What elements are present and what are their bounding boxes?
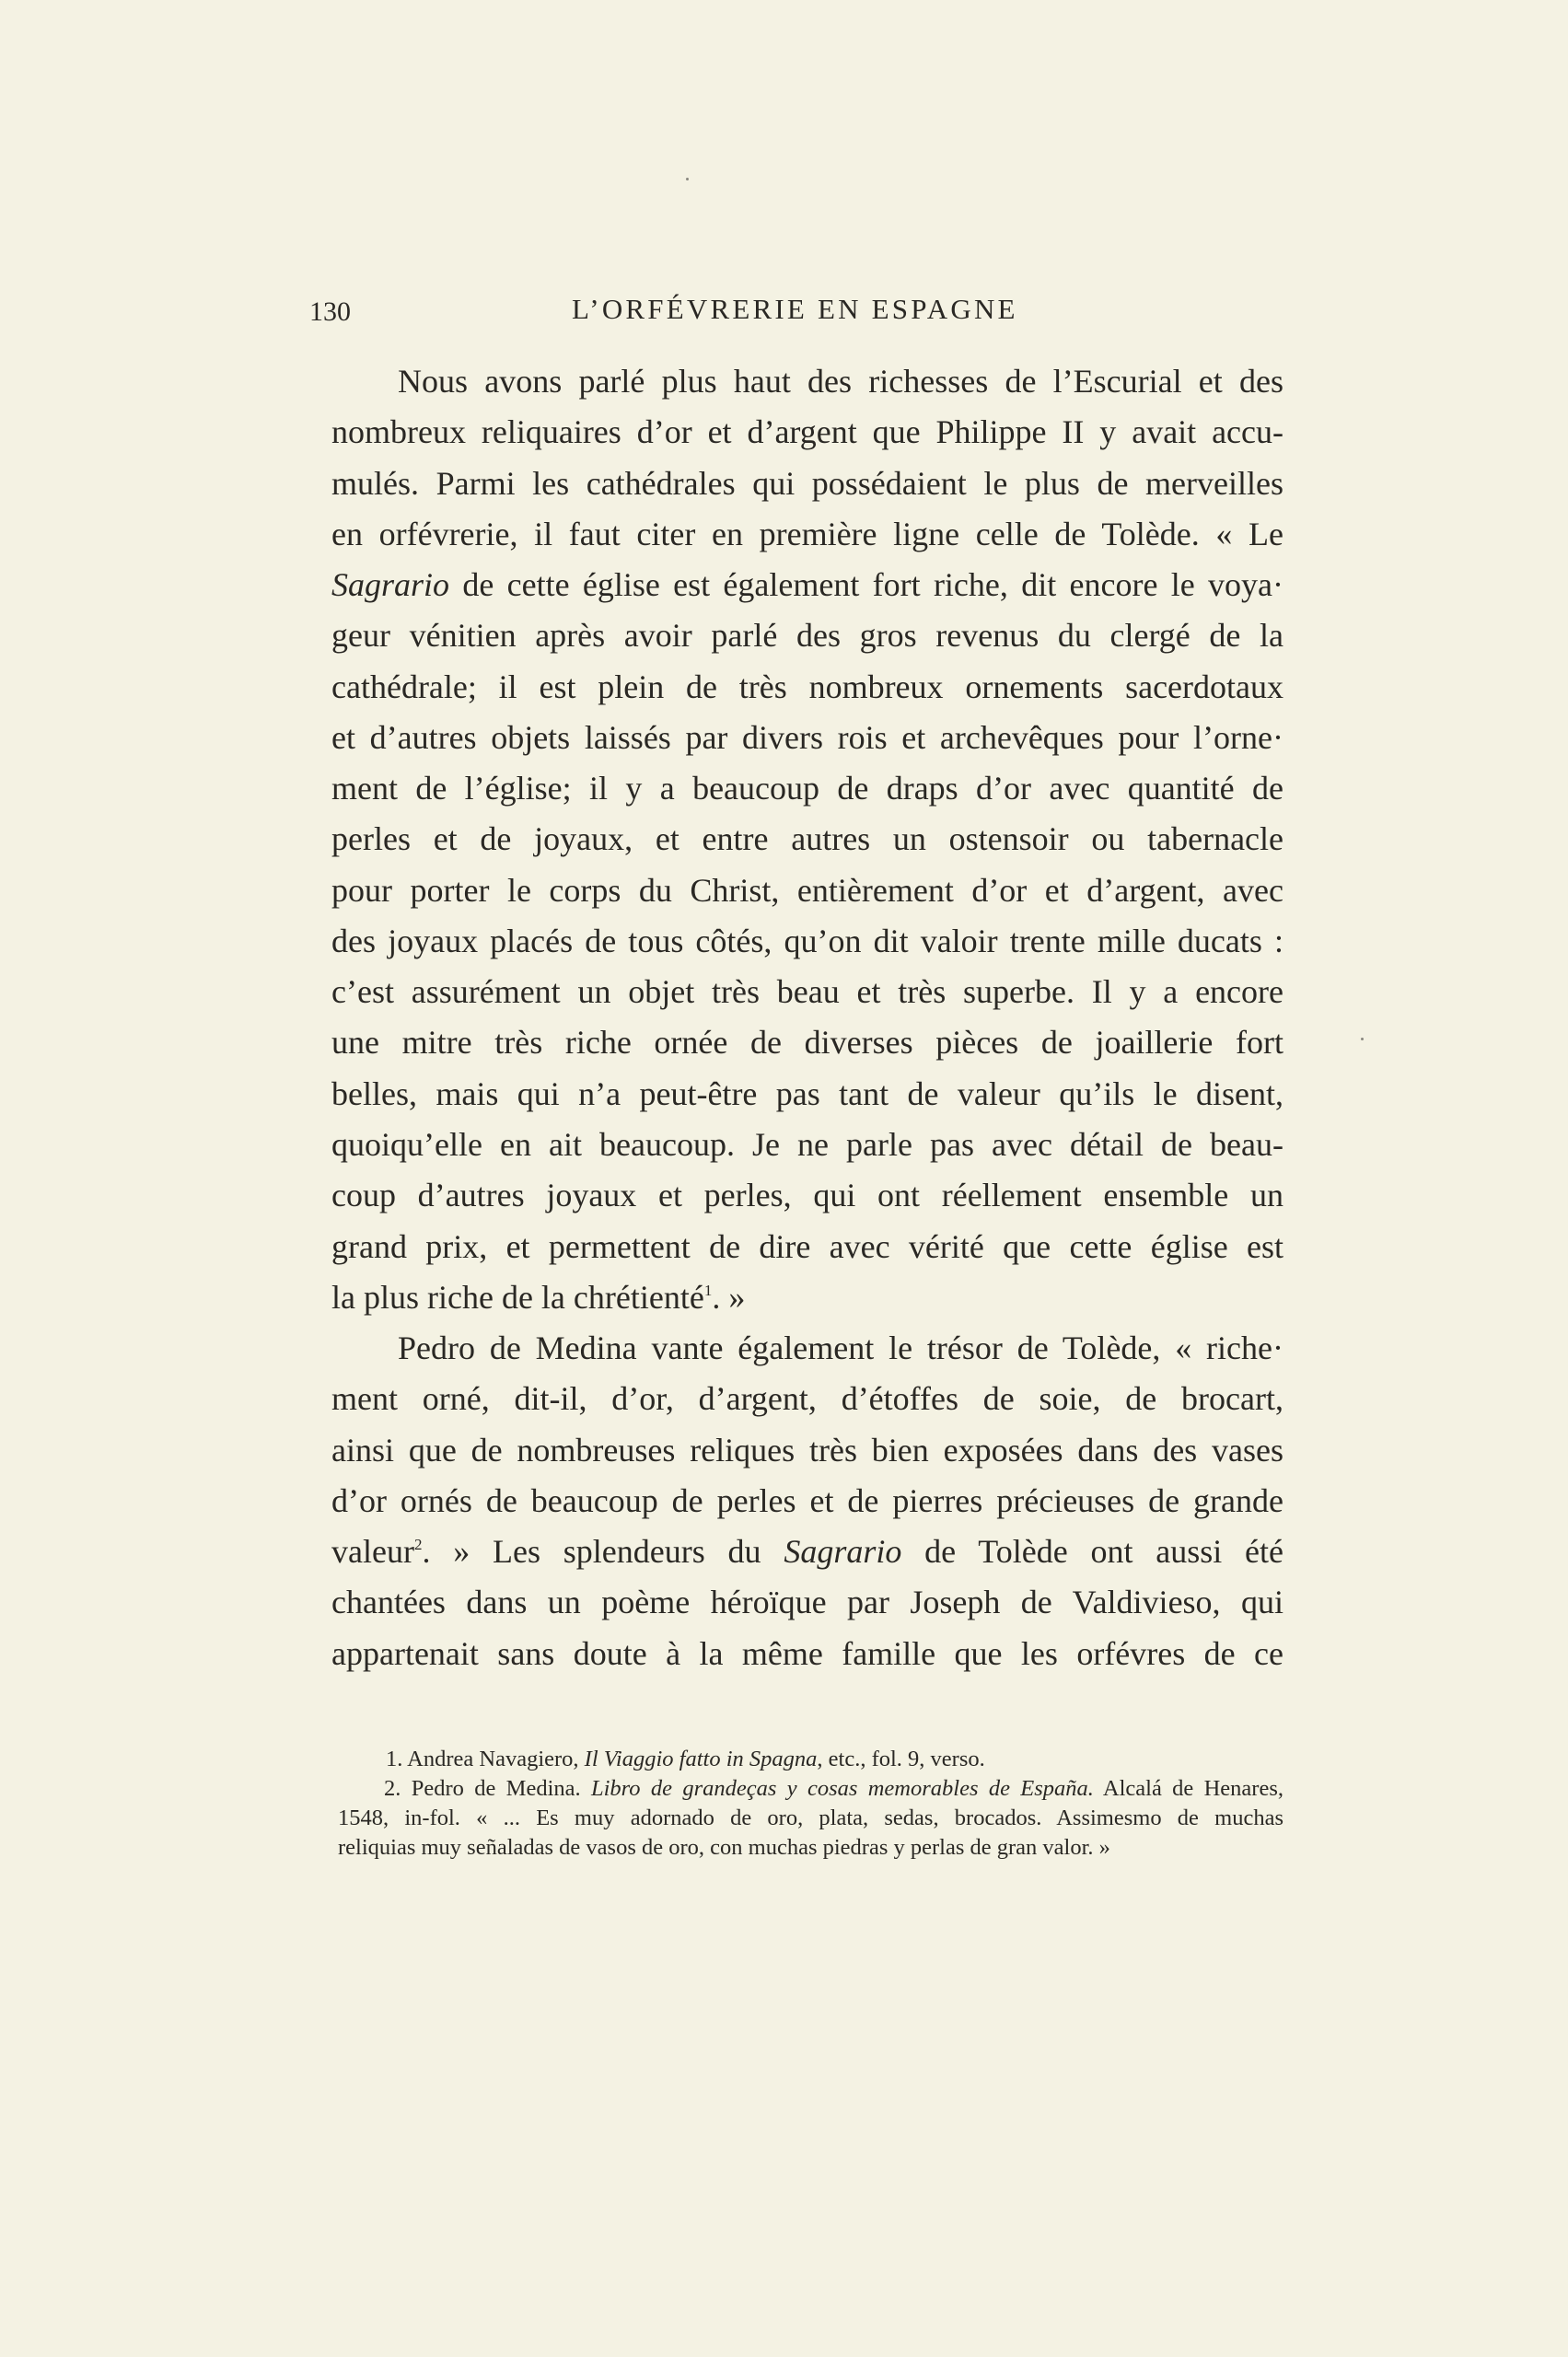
footnote-2-continuation: reliquias muy señaladas de vasos de oro,… [338,1833,1283,1863]
footnote-rest: , etc., fol. 9, verso. [817,1747,984,1771]
line-text: coup d’autres joyaux et perles, qui ont … [331,1177,1283,1213]
text-line: c’est assurément un objet très beau et t… [331,967,1283,1017]
line-text: et d’autres objets laissés par divers ro… [331,719,1283,756]
text-line: Nous avons parlé plus haut des richesses… [331,356,1283,407]
line-text: cathédrale; il est plein de très nombreu… [331,668,1283,705]
line-text: Nous avons parlé plus haut des richesses… [398,363,1283,400]
text-line: quoiqu’elle en ait beaucoup. Je ne parle… [331,1120,1283,1170]
line-text: pour porter le corps du Christ, entièrem… [331,872,1283,909]
speck-mark-right [1361,1038,1364,1040]
text-line: Sagrario de cette église est également f… [331,560,1283,610]
footnote-title: Il Viaggio fatto in Spagna [585,1747,818,1771]
line-text: en orfévrerie, il faut citer en première… [331,516,1283,552]
footnote-2: 2. Pedro de Medina. Libro de grandeças y… [338,1774,1283,1804]
line-text: grand prix, et permettent de dire avec v… [331,1228,1283,1265]
line-text: des joyaux placés de tous côtés, qu’on d… [331,923,1283,959]
text-line: des joyaux placés de tous côtés, qu’on d… [331,916,1283,967]
line-text: quoiqu’elle en ait beaucoup. Je ne parle… [331,1126,1283,1163]
text-line: belles, mais qui n’a peut-être pas tant … [331,1069,1283,1120]
line-text: chantées dans un poème héroïque par Jose… [331,1584,1283,1620]
page-number: 130 [309,296,351,328]
text-line: en orfévrerie, il faut citer en première… [331,509,1283,560]
page-header: 130 L’ORFÉVRERIE EN ESPAGNE [0,293,1568,330]
text-line: appartenait sans doute à la même famille… [331,1629,1283,1679]
line-text: mulés. Parmi les cathédrales qui posséda… [331,465,1283,502]
italic-term: Sagrario [331,566,449,603]
line-text: valeur [331,1533,414,1570]
text-line: cathédrale; il est plein de très nombreu… [331,662,1283,713]
text-line: valeur2. » Les splendeurs du Sagrario de… [331,1527,1283,1577]
line-text: la plus riche de la chrétienté [331,1279,704,1316]
text-line: geur vénitien après avoir parlé des gros… [331,610,1283,661]
line-text: . » [712,1279,745,1316]
footnote-1: 1. Andrea Navagiero, Il Viaggio fatto in… [338,1745,1283,1774]
text-line: mulés. Parmi les cathédrales qui posséda… [331,459,1283,509]
line-text: c’est assurément un objet très beau et t… [331,973,1283,1010]
line-text: ment orné, dit-il, d’or, d’argent, d’éto… [331,1380,1283,1417]
text-line: coup d’autres joyaux et perles, qui ont … [331,1170,1283,1221]
text-line: nombreux reliquaires d’or et d’argent qu… [331,407,1283,458]
body-text: Nous avons parlé plus haut des richesses… [331,356,1283,1679]
footnote-number: 1. [386,1747,402,1771]
line-text: ainsi que de nombreuses reliques très bi… [331,1432,1283,1469]
footnote-text: 1548, in-fol. « ... Es muy adornado de o… [338,1805,1283,1830]
footnote-2-continuation: 1548, in-fol. « ... Es muy adornado de o… [338,1804,1283,1833]
footnote-rest: Alcalá de Henares, [1103,1776,1283,1801]
text-line: et d’autres objets laissés par divers ro… [331,713,1283,763]
line-text: perles et de joyaux, et entre autres un … [331,820,1283,857]
text-line: une mitre très riche ornée de diverses p… [331,1017,1283,1068]
footnotes: 1. Andrea Navagiero, Il Viaggio fatto in… [338,1745,1283,1863]
line-text: une mitre très riche ornée de diverses p… [331,1024,1283,1061]
text-line: perles et de joyaux, et entre autres un … [331,814,1283,865]
text-line: Pedro de Medina vante également le tréso… [331,1323,1283,1374]
footnote-text: reliquias muy señaladas de vasos de oro,… [338,1835,1110,1860]
footnote-title: Libro de grandeças y cosas memorables de… [591,1776,1094,1801]
line-text: appartenait sans doute à la même famille… [331,1635,1283,1672]
text-line: d’or ornés de beaucoup de perles et de p… [331,1476,1283,1527]
line-text: d’or ornés de beaucoup de perles et de p… [331,1482,1283,1519]
line-text: Pedro de Medina vante également le tréso… [398,1329,1283,1366]
running-title: L’ORFÉVRERIE EN ESPAGNE [572,293,1041,326]
text-line: grand prix, et permettent de dire avec v… [331,1222,1283,1272]
line-text: belles, mais qui n’a peut-être pas tant … [331,1075,1283,1112]
line-text: ment de l’église; il y a beaucoup de dra… [331,770,1283,807]
line-text: nombreux reliquaires d’or et d’argent qu… [331,413,1283,450]
footnote-number: 2. [384,1776,401,1801]
text-line: pour porter le corps du Christ, entièrem… [331,865,1283,916]
line-text: de cette église est également fort riche… [449,566,1283,603]
text-line: ainsi que de nombreuses reliques très bi… [331,1425,1283,1476]
italic-term: Sagrario [784,1533,901,1570]
line-text: de Tolède ont aussi été [901,1533,1283,1570]
footnote-author: Pedro de Medina. [412,1776,581,1801]
line-text: . » Les splendeurs du [422,1533,784,1570]
speck-mark-top [686,178,689,180]
line-text: geur vénitien après avoir parlé des gros… [331,617,1283,654]
footnote-author: Andrea Navagiero, [407,1747,578,1771]
text-line: ment orné, dit-il, d’or, d’argent, d’éto… [331,1374,1283,1424]
text-line: ment de l’église; il y a beaucoup de dra… [331,763,1283,814]
text-line: chantées dans un poème héroïque par Jose… [331,1577,1283,1628]
text-line: la plus riche de la chrétienté1. » [331,1272,1283,1323]
